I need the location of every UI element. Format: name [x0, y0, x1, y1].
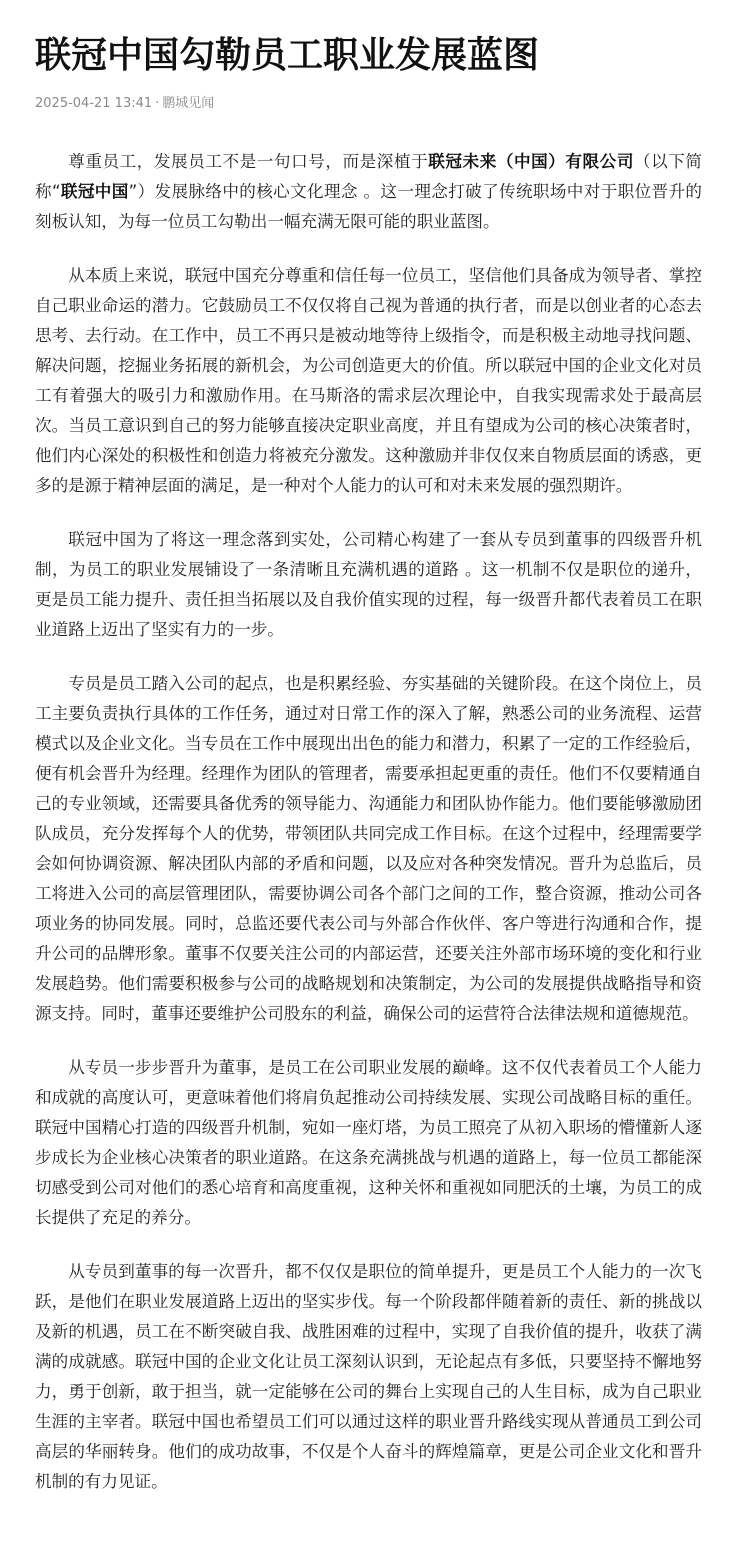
company-short-name: 联冠中国 — [61, 182, 129, 201]
publish-datetime: 2025-04-21 13:41 — [35, 96, 152, 111]
paragraph-conclusion: 从专员到董事的每一次晋升，都不仅仅是职位的简单提升，更是员工个人能力的一次飞跃，… — [35, 1257, 702, 1497]
source-name[interactable]: 鹏城见闻 — [162, 96, 214, 111]
paragraph-essence: 从本质上来说，联冠中国充分尊重和信任每一位员工，坚信他们具备成为领导者、掌控自己… — [35, 261, 702, 501]
article-meta: 2025-04-21 13:41·鹏城见闻 — [35, 95, 702, 113]
article-body: 尊重员工，发展员工不是一句口号，而是深植于联冠未来（中国）有限公司（以下简称“联… — [35, 147, 702, 1497]
meta-separator: · — [155, 96, 159, 111]
paragraph-intro: 尊重员工，发展员工不是一句口号，而是深植于联冠未来（中国）有限公司（以下简称“联… — [35, 147, 702, 237]
intro-text-3: ”）发展脉络中的核心文化理念 。这一理念打破了传统职场中对于职位晋升的刻板认知，… — [35, 182, 702, 231]
article: 联冠中国勾勒员工职业发展蓝图 2025-04-21 13:41·鹏城见闻 尊重员… — [0, 0, 737, 1497]
paragraph-levels: 专员是员工踏入公司的起点，也是积累经验、夯实基础的关键阶段。在这个岗位上，员工主… — [35, 669, 702, 1029]
paragraph-mechanism: 联冠中国为了将这一理念落到实处，公司精心构建了一套从专员到董事的四级晋升机制，为… — [35, 525, 702, 645]
paragraph-peak: 从专员一步步晋升为董事，是员工在公司职业发展的巅峰。这不仅代表着员工个人能力和成… — [35, 1053, 702, 1233]
company-full-name: 联冠未来（中国）有限公司 — [428, 152, 634, 171]
article-title: 联冠中国勾勒员工职业发展蓝图 — [35, 0, 702, 79]
intro-text-1: 尊重员工，发展员工不是一句口号，而是深植于 — [68, 152, 428, 171]
